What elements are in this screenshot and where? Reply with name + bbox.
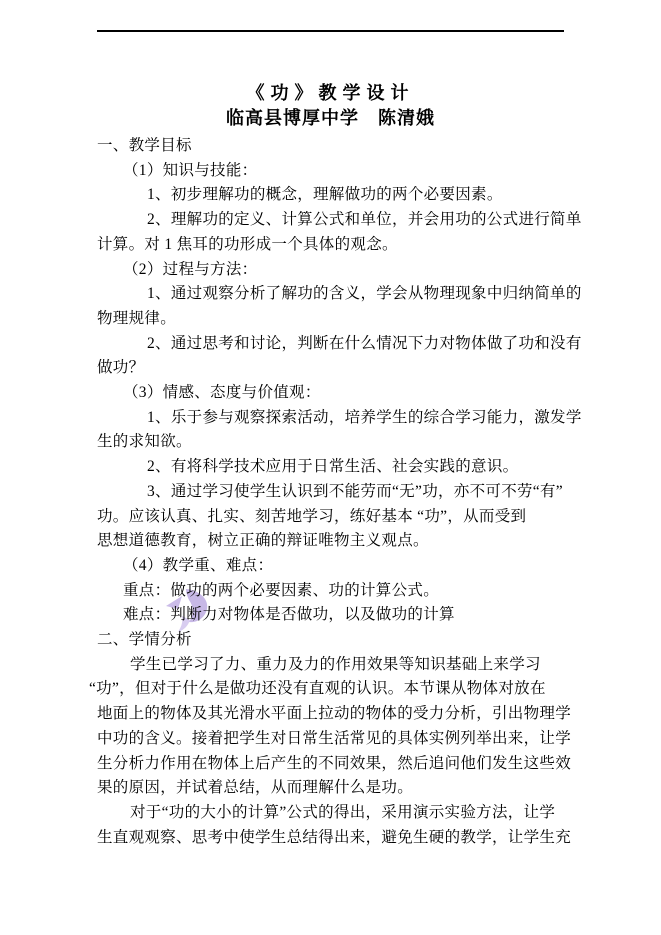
doc-line: 生的求知欲。 [97, 430, 597, 455]
doc-line: 计算。对 1 焦耳的功形成一个具体的观念。 [97, 233, 597, 258]
doc-line: 2、理解功的定义、计算公式和单位，并会用功的公式进行简单 [97, 208, 597, 233]
doc-line-heading-1: 一、教学目标 [97, 134, 597, 159]
doc-line-key-point: 重点：做功的两个必要因素、功的计算公式。 [97, 579, 597, 604]
doc-line: 果的原因，并试着总结，从而理解什么是功。 [97, 776, 597, 801]
doc-line: （1）知识与技能： [97, 159, 597, 184]
doc-line: 2、有将科学技术应用于日常生活、社会实践的意识。 [97, 455, 597, 480]
doc-line: 功。应该认真、扎实、刻苦地学习，练好基本 “功”，从而受到 [97, 505, 597, 530]
doc-line: 1、初步理解功的概念，理解做功的两个必要因素。 [97, 183, 597, 208]
doc-line-difficulty: 难点：判断力对物体是否做功，以及做功的计算 [97, 603, 597, 628]
title-block: 《功》教学设计 临高县博厚中学 陈清娥 [0, 81, 661, 131]
doc-subtitle: 临高县博厚中学 陈清娥 [0, 106, 661, 131]
doc-line: 中功的含义。接着把学生对日常生活常见的具体实例列举出来，让学 [97, 727, 597, 752]
doc-line: 思想道德教育，树立正确的辩证唯物主义观点。 [97, 529, 597, 554]
doc-line: 生直观观察、思考中使学生总结得出来，避免生硬的教学，让学生充 [97, 826, 597, 851]
document-page: 《功》教学设计 临高县博厚中学 陈清娥 一、教学目标 （1）知识与技能： 1、初… [0, 0, 661, 935]
doc-line: 地面上的物体及其光滑水平面上拉动的物体的受力分析，引出物理学 [97, 702, 597, 727]
doc-line: 1、通过观察分析了解功的含义，学会从物理现象中归纳简单的 [97, 282, 597, 307]
doc-line: 学生已学习了力、重力及力的作用效果等知识基础上来学习 [97, 653, 597, 678]
doc-line-heading-2: 二、学情分析 [97, 628, 597, 653]
doc-line: 做功？ [97, 356, 597, 381]
doc-line: （2）过程与方法： [97, 258, 597, 283]
doc-line: （4）教学重、难点： [97, 554, 597, 579]
doc-line: 物理规律。 [97, 307, 597, 332]
doc-line: 2、通过思考和讨论，判断在什么情况下力对物体做了功和没有 [97, 332, 597, 357]
document-body: 一、教学目标 （1）知识与技能： 1、初步理解功的概念，理解做功的两个必要因素。… [97, 134, 597, 850]
page-header-rule [97, 30, 564, 32]
doc-line: 3、通过学习使学生认识到不能劳而“无”功，亦不可不劳“有” [97, 480, 597, 505]
doc-line: “功”，但对于什么是做功还没有直观的认识。本节课从物体对放在 [89, 677, 597, 702]
doc-line: 1、乐于参与观察探索活动，培养学生的综合学习能力，激发学 [97, 406, 597, 431]
doc-line: （3）情感、态度与价值观： [97, 381, 597, 406]
doc-line: 生分析力作用在物体上后产生的不同效果，然后追问他们发生这些效 [97, 752, 597, 777]
doc-line: 对于“功的大小的计算”公式的得出，采用演示实验方法，让学 [97, 801, 597, 826]
doc-title: 《功》教学设计 [0, 81, 661, 106]
